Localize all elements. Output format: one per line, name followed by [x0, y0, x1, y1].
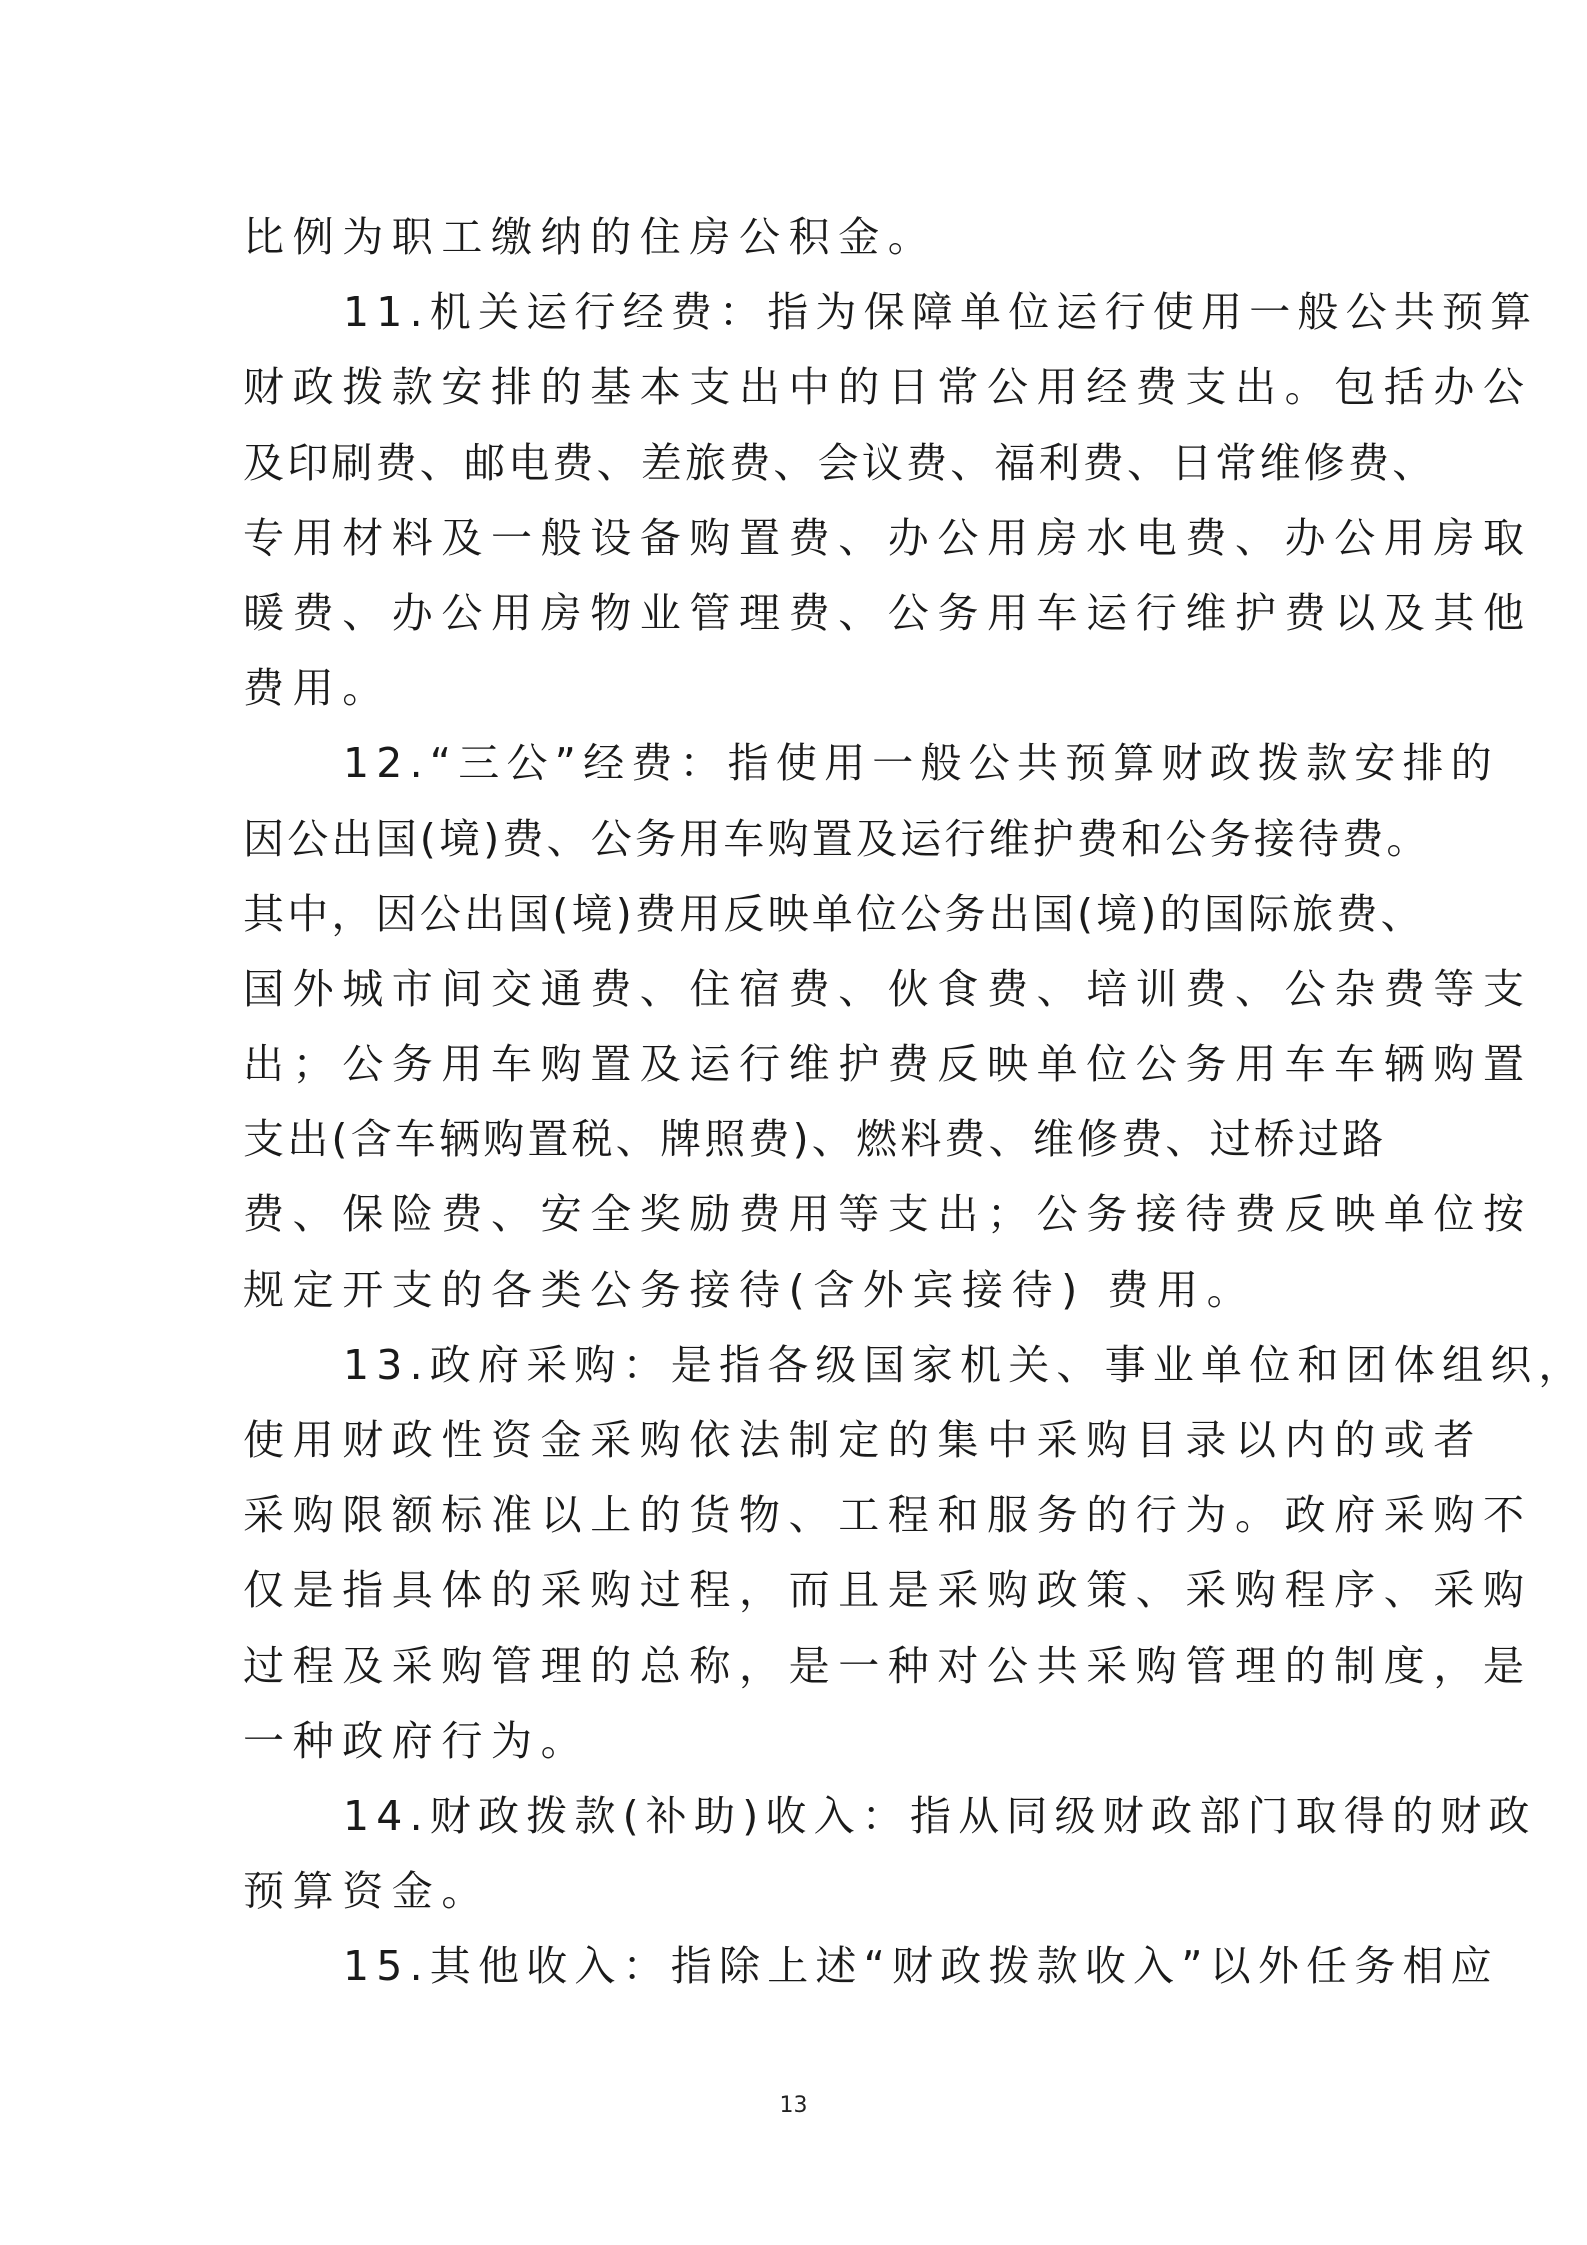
text-line-item-12-heading: 12.“三公”经费：指使用一般公共预算财政拨款安排的 [243, 732, 1353, 807]
text-line: 因公出国(境)费、公务用车购置及运行维护费和公务接待费。 [243, 808, 1353, 883]
text-line: 一种政府行为。 [243, 1710, 1353, 1785]
text-line-continuation: 比例为职工缴纳的住房公积金。 [243, 206, 1353, 281]
page-number: 13 [0, 2093, 1587, 2118]
text-line-item-15-heading: 15.其他收入：指除上述“财政拨款收入”以外任务相应 [243, 1935, 1353, 2010]
text-line: 仅是指具体的采购过程，而且是采购政策、采购程序、采购 [243, 1559, 1353, 1634]
text-line: 使用财政性资金采购依法制定的集中采购目录以内的或者 [243, 1409, 1353, 1484]
text-line: 规定开支的各类公务接待(含外宾接待) 费用。 [243, 1259, 1353, 1334]
text-line-item-13-heading: 13.政府采购：是指各级国家机关、事业单位和团体组织， [243, 1334, 1353, 1409]
text-line: 支出(含车辆购置税、牌照费)、燃料费、维修费、过桥过路 [243, 1108, 1353, 1183]
text-line-item-14-heading: 14.财政拨款(补助)收入：指从同级财政部门取得的财政 [243, 1785, 1353, 1860]
text-line: 国外城市间交通费、住宿费、伙食费、培训费、公杂费等支 [243, 958, 1353, 1033]
text-line: 专用材料及一般设备购置费、办公用房水电费、办公用房取 [243, 507, 1353, 582]
text-line: 过程及采购管理的总称，是一种对公共采购管理的制度，是 [243, 1635, 1353, 1710]
text-line-item-11-heading: 11.机关运行经费：指为保障单位运行使用一般公共预算 [243, 281, 1353, 356]
text-line: 费、保险费、安全奖励费用等支出；公务接待费反映单位按 [243, 1183, 1353, 1258]
text-line: 采购限额标准以上的货物、工程和服务的行为。政府采购不 [243, 1484, 1353, 1559]
text-line: 预算资金。 [243, 1860, 1353, 1935]
text-line: 出；公务用车购置及运行维护费反映单位公务用车车辆购置 [243, 1033, 1353, 1108]
text-line: 费用。 [243, 657, 1353, 732]
document-page: 比例为职工缴纳的住房公积金。 11.机关运行经费：指为保障单位运行使用一般公共预… [0, 0, 1587, 2245]
text-line: 及印刷费、邮电费、差旅费、会议费、福利费、日常维修费、 [243, 432, 1353, 507]
text-line: 其中，因公出国(境)费用反映单位公务出国(境)的国际旅费、 [243, 883, 1353, 958]
text-line: 财政拨款安排的基本支出中的日常公用经费支出。包括办公 [243, 356, 1353, 431]
body-text: 比例为职工缴纳的住房公积金。 11.机关运行经费：指为保障单位运行使用一般公共预… [243, 206, 1353, 2011]
text-line: 暖费、办公用房物业管理费、公务用车运行维护费以及其他 [243, 582, 1353, 657]
